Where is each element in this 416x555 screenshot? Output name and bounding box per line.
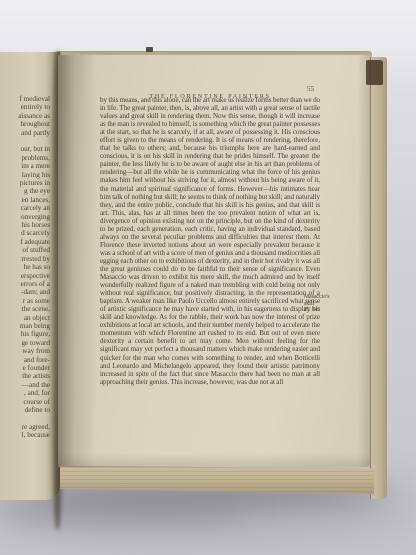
gutter-shading [58, 55, 370, 467]
text-line: the scene, [0, 305, 50, 313]
text-line [0, 414, 50, 422]
text-line: r as some [0, 297, 50, 305]
left-page-text-fragments: f medievalentirely toaissance ashroughou… [0, 95, 50, 440]
text-line: rrested by [0, 255, 50, 263]
text-line: onverging [0, 213, 50, 221]
text-line: man being [0, 322, 50, 330]
right-page: THE FLORENTINE PAINTERS 55 by this means… [58, 55, 370, 467]
binding-notch [146, 47, 153, 52]
text-line: pictures in [0, 179, 50, 187]
text-line: the artists [0, 372, 50, 380]
text-line: way from [0, 347, 50, 355]
text-line: d scarcely [0, 229, 50, 237]
text-line: —and the [0, 381, 50, 389]
book-cover-corner [366, 60, 383, 85]
open-book: f medievalentirely toaissance ashroughou… [0, 47, 410, 512]
text-line: ge toward [0, 339, 50, 347]
text-line: course of [0, 398, 50, 406]
page-stack-fore-edge [370, 57, 387, 499]
text-line: hroughout [0, 120, 50, 128]
text-line: erspective [0, 272, 50, 280]
left-page: f medievalentirely toaissance ashroughou… [0, 52, 60, 500]
text-line: en lances, [0, 196, 50, 204]
text-line: entirely to [0, 103, 50, 111]
text-line: e founder [0, 364, 50, 372]
text-line: , and, for [0, 389, 50, 397]
text-line: of stuffed [0, 246, 50, 254]
text-line: define to [0, 406, 50, 414]
text-line: errors of a [0, 280, 50, 288]
text-line: g the eye [0, 187, 50, 195]
text-line: f adequate [0, 238, 50, 246]
text-line: -dam; and [0, 288, 50, 296]
text-line: aissance as [0, 112, 50, 120]
text-line: f medieval [0, 95, 50, 103]
text-line: and fore- [0, 356, 50, 364]
text-line: he has so [0, 263, 50, 271]
text-line: our, but in [0, 145, 50, 153]
text-line: problems, [0, 154, 50, 162]
photo-background: f medievalentirely toaissance ashroughou… [0, 0, 416, 555]
text-line: and partly [0, 129, 50, 137]
text-line: his horses [0, 221, 50, 229]
text-line: im a mere [0, 162, 50, 170]
text-line: carcely an [0, 204, 50, 212]
text-line: his figure, [0, 330, 50, 338]
text-line [0, 137, 50, 145]
text-line: re agreed, [0, 423, 50, 431]
page-stack-bottom-edge [60, 466, 374, 494]
text-line: an object [0, 314, 50, 322]
text-line: l, because [0, 431, 50, 439]
text-line: laying his [0, 171, 50, 179]
